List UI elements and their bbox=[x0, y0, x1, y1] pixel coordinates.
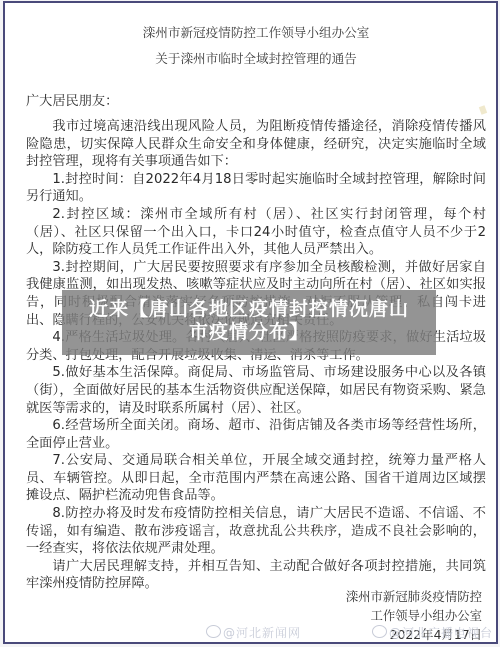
watermark-hebei-tv: @河北广播电视台 bbox=[372, 624, 493, 641]
item-2-paragraph: 2.封控区域：滦州市全域所有村（居）、社区实行封闭管理，每个村（居）、社区只保留… bbox=[26, 206, 486, 259]
item-6-paragraph: 6.经营场所全面关闭。商场、超市、沿街店铺及各类市场等经营性场所，全面停止营业。 bbox=[26, 417, 486, 452]
weibo-icon bbox=[206, 625, 221, 638]
overlay-title-line-1: 近来【唐山各地区疫情封控情况唐山 bbox=[62, 298, 436, 321]
watermark-hebei-news: @河北新闻网 bbox=[206, 624, 301, 641]
item-1-paragraph: 1.封控时间：自2022年4月18日零时起实施临时全域封控管理，解除时间另行通知… bbox=[26, 171, 486, 206]
issuer-heading: 滦州市新冠疫情防控工作领导小组办公室 bbox=[26, 24, 486, 42]
weibo-icon bbox=[372, 625, 387, 638]
item-7-paragraph: 7.公安局、交通局联合相关单位，开展全域交通封控，统筹力量严格人员、车辆管控。从… bbox=[26, 452, 486, 505]
signature-line-2: 工作领导小组办公室 bbox=[346, 606, 482, 625]
notice-title: 关于滦州市临时全域封控管理的通告 bbox=[26, 50, 486, 68]
overlay-title-line-2: 市疫情分布】 bbox=[62, 321, 436, 344]
overlay-title-banner: 近来【唐山各地区疫情封控情况唐山 市疫情分布】 bbox=[62, 290, 436, 355]
intro-paragraph: 我市过境高速沿线出现风险人员，为阻断疫情传播途径，消除疫情传播风险隐患，切实保障… bbox=[26, 118, 486, 171]
signature-line-1: 滦州市新冠肺炎疫情防控 bbox=[346, 587, 482, 606]
paper-mark bbox=[479, 105, 487, 115]
item-8-paragraph: 8.防控办将及时发布疫情防控相关信息，请广大居民不造谣、不信谣、不传谣，如有编造… bbox=[26, 505, 486, 558]
greeting: 广大居民朋友： bbox=[26, 93, 118, 111]
notice-body: 我市过境高速沿线出现风险人员，为阻断疫情传播途径，消除疫情传播风险隐患，切实保障… bbox=[26, 118, 486, 593]
item-5-paragraph: 5.做好基本生活保障。商促局、市场监管局、市场建设服务中心以及各镇（街），全面做… bbox=[26, 364, 486, 417]
